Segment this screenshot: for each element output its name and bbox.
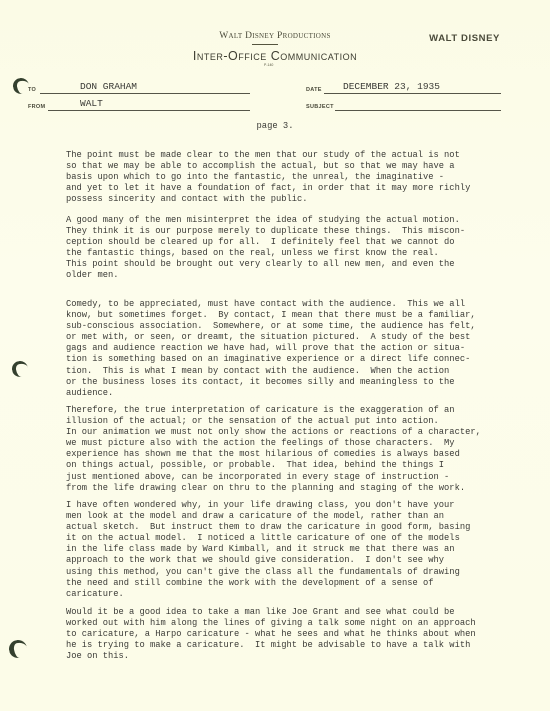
letterhead-title: Inter-Office Communication	[0, 49, 550, 63]
from-underline	[48, 110, 250, 111]
form-number: P-140	[264, 63, 273, 67]
page-number: page 3.	[0, 121, 550, 131]
date-field: Date DECEMBER 23, 1935	[306, 80, 501, 94]
subject-label: Subject	[306, 104, 334, 110]
date-label: Date	[306, 87, 322, 93]
from-field: From WALT	[28, 97, 250, 111]
paragraph-2: A good many of the men misinterpret the …	[66, 215, 465, 282]
subject-field: Subject	[306, 97, 501, 111]
letterhead-rule	[252, 44, 278, 45]
paragraph-3: Comedy, to be appreciated, must have con…	[66, 299, 476, 399]
date-value: DECEMBER 23, 1935	[343, 81, 440, 92]
letterhead-brand: WALT DISNEY	[429, 33, 500, 44]
from-value: WALT	[80, 98, 103, 109]
punch-hole-icon	[8, 639, 29, 660]
from-label: From	[28, 104, 45, 110]
to-underline	[40, 93, 250, 94]
memo-page: Walt Disney Productions WALT DISNEY Inte…	[0, 0, 550, 711]
date-underline	[324, 93, 501, 94]
to-value: DON GRAHAM	[80, 81, 137, 92]
paragraph-4: Therefore, the true interpretation of ca…	[66, 405, 481, 494]
punch-hole-icon	[11, 360, 30, 379]
paragraph-5: I have often wondered why, in your life …	[66, 500, 470, 600]
subject-underline	[335, 110, 501, 111]
paragraph-1: The point must be made clear to the men …	[66, 150, 470, 205]
to-field: To DON GRAHAM	[22, 80, 250, 94]
to-label: To	[28, 87, 36, 93]
paragraph-6: Would it be a good idea to take a man li…	[66, 607, 476, 662]
